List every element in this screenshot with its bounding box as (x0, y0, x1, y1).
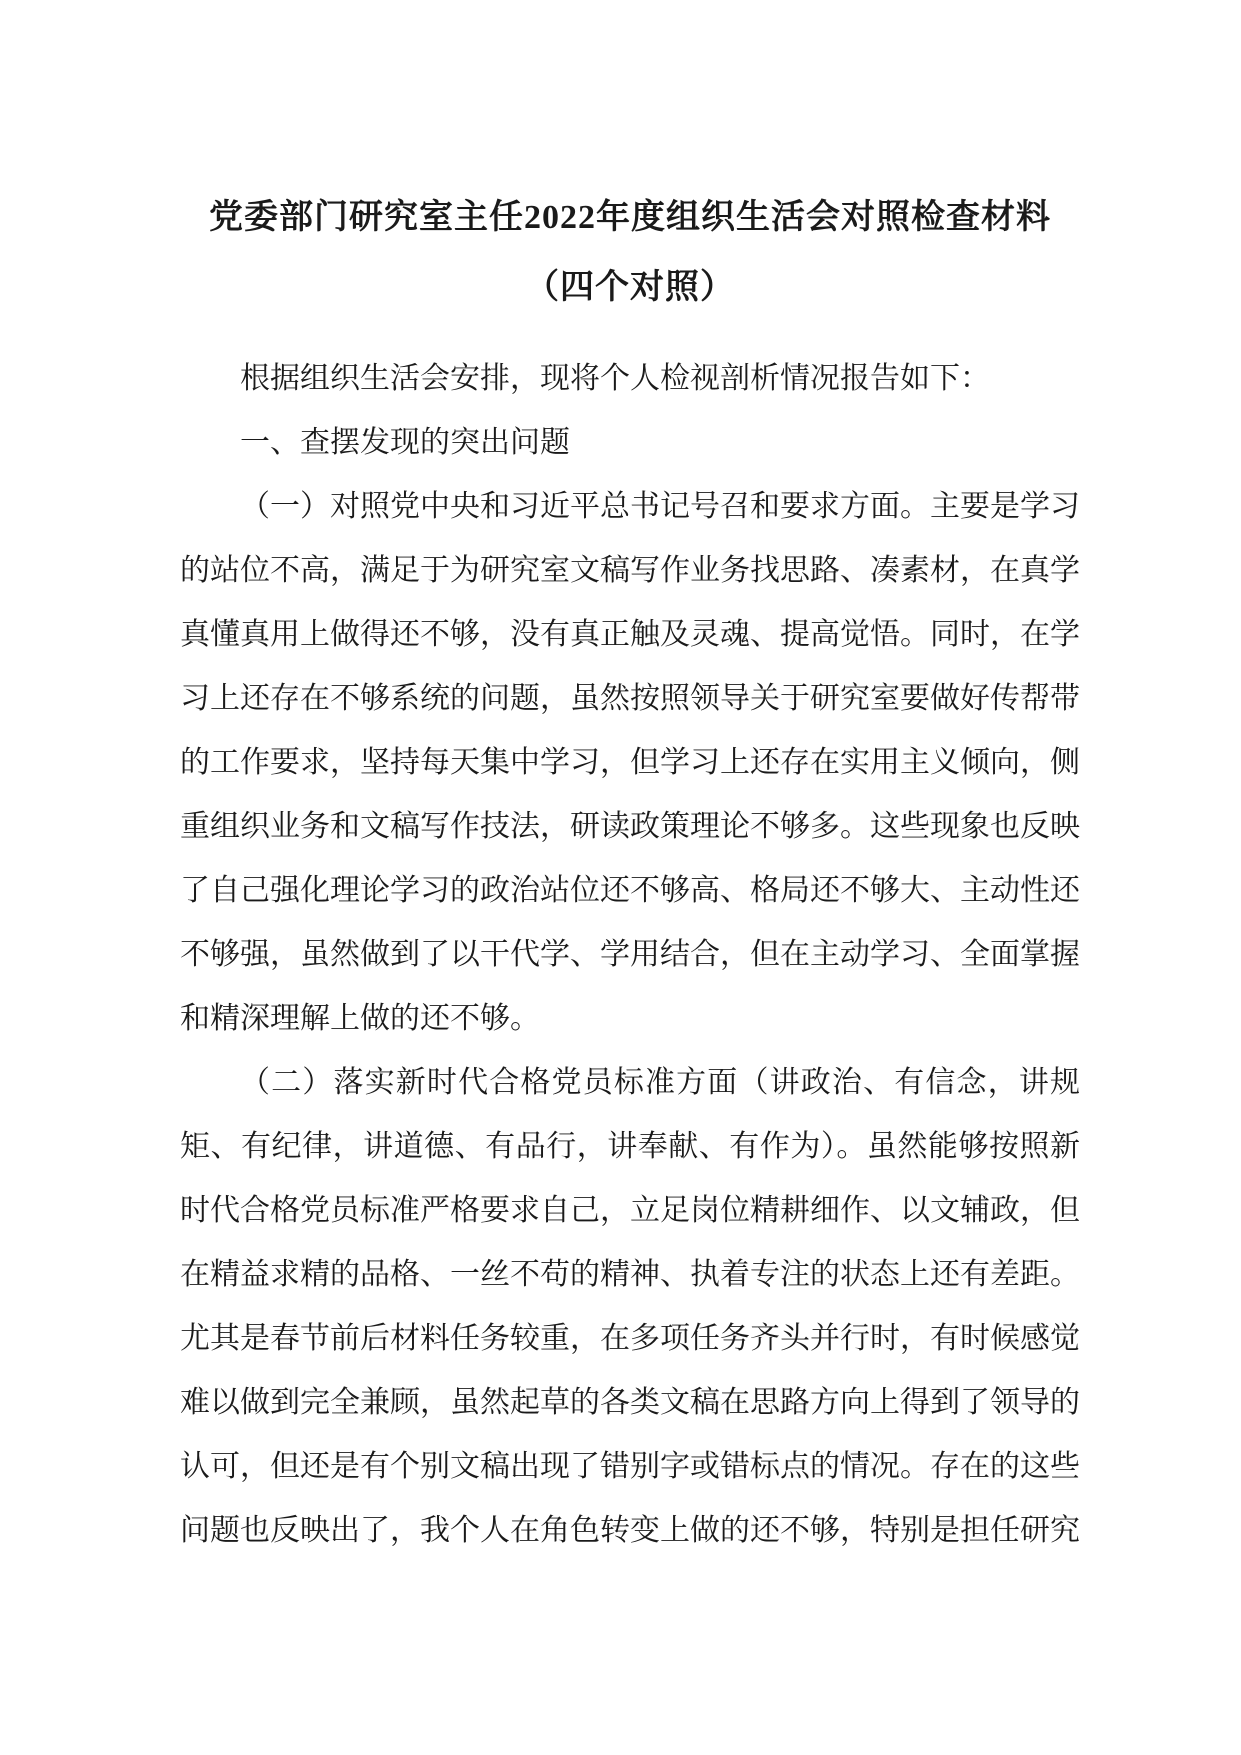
document-title: 党委部门研究室主任2022年度组织生活会对照检查材料（四个对照） (180, 183, 1080, 323)
paragraph: （二）落实新时代合格党员标准方面（讲政治、有信念，讲规矩、有纪律，讲道德、有品行… (180, 1051, 1080, 1563)
paragraph: 根据组织生活会安排，现将个人检视剖析情况报告如下： (180, 347, 1080, 411)
document-content: 党委部门研究室主任2022年度组织生活会对照检查材料（四个对照） 根据组织生活会… (180, 183, 1080, 1563)
document-page: 党委部门研究室主任2022年度组织生活会对照检查材料（四个对照） 根据组织生活会… (0, 0, 1241, 1755)
document-body: 根据组织生活会安排，现将个人检视剖析情况报告如下：一、查摆发现的突出问题（一）对… (180, 347, 1080, 1563)
paragraph: 一、查摆发现的突出问题 (180, 411, 1080, 475)
paragraph: （一）对照党中央和习近平总书记号召和要求方面。主要是学习的站位不高，满足于为研究… (180, 475, 1080, 1051)
